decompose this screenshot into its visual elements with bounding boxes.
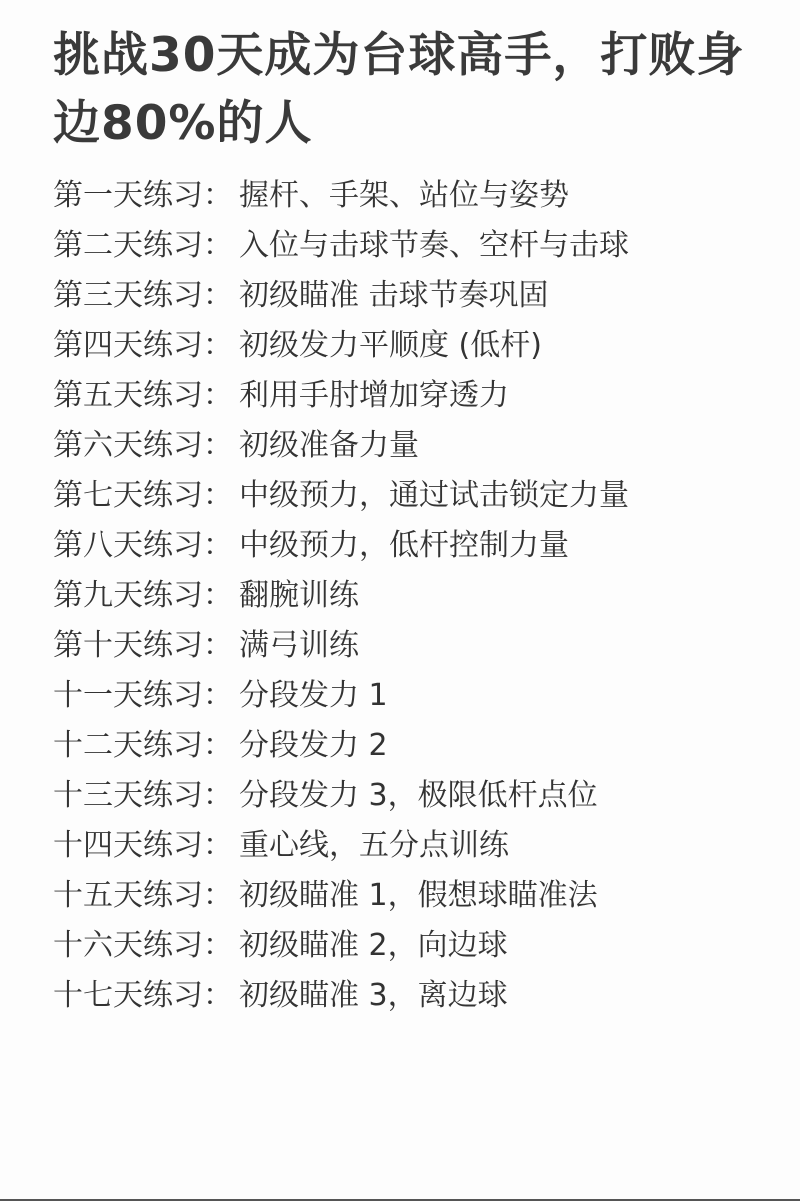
plan-item-day-13: 十三天练习：分段发力 3，极限低杆点位	[53, 771, 693, 821]
day-label: 十一天练习	[53, 678, 203, 713]
plan-item-day-8: 第八天练习：中级预力，低杆控制力量	[53, 521, 693, 571]
document-page: · · · · 挑战30天成为台球高手，打败身边80%的人 第一天练习：握杆、手…	[0, 0, 800, 1199]
day-content: 中级预力，通过试击锁定力量	[239, 478, 629, 513]
colon: ：	[203, 371, 239, 421]
day-label: 第一天练习	[53, 178, 203, 213]
colon: ：	[203, 271, 239, 321]
plan-item-day-9: 第九天练习：翻腕训练	[53, 571, 693, 621]
article-title: 挑战30天成为台球高手，打败身边80%的人	[53, 22, 753, 158]
day-content: 初级瞄准 1，假想球瞄准法	[239, 878, 598, 913]
day-content: 初级瞄准 3，离边球	[239, 978, 508, 1013]
colon: ：	[203, 171, 239, 221]
colon: ：	[203, 721, 239, 771]
day-content: 入位与击球节奏、空杆与击球	[239, 228, 629, 263]
day-content: 初级准备力量	[239, 428, 419, 463]
colon: ：	[203, 871, 239, 921]
colon: ：	[203, 521, 239, 571]
plan-item-day-14: 十四天练习：重心线，五分点训练	[53, 821, 693, 871]
colon: ：	[203, 471, 239, 521]
day-label: 十四天练习	[53, 828, 203, 863]
plan-item-day-10: 第十天练习：满弓训练	[53, 621, 693, 671]
colon: ：	[203, 771, 239, 821]
plan-item-day-6: 第六天练习：初级准备力量	[53, 421, 693, 471]
plan-item-day-7: 第七天练习：中级预力，通过试击锁定力量	[53, 471, 693, 521]
day-content: 利用手肘增加穿透力	[239, 378, 509, 413]
plan-item-day-16: 十六天练习：初级瞄准 2，向边球	[53, 921, 693, 971]
colon: ：	[203, 321, 239, 371]
day-label: 第六天练习	[53, 428, 203, 463]
day-content: 满弓训练	[239, 628, 359, 663]
day-label: 第四天练习	[53, 328, 203, 363]
plan-item-day-17: 十七天练习：初级瞄准 3，离边球	[53, 971, 693, 1021]
cropped-header-text: · · · ·	[330, 0, 470, 2]
day-label: 第三天练习	[53, 278, 203, 313]
plan-item-day-3: 第三天练习：初级瞄准 击球节奏巩固	[53, 271, 693, 321]
colon: ：	[203, 421, 239, 471]
day-label: 十七天练习	[53, 978, 203, 1013]
day-content: 初级发力平顺度 (低杆)	[239, 328, 542, 363]
plan-item-day-5: 第五天练习：利用手肘增加穿透力	[53, 371, 693, 421]
day-label: 第五天练习	[53, 378, 203, 413]
day-content: 分段发力 1	[239, 678, 388, 713]
training-plan-list: 第一天练习：握杆、手架、站位与姿势 第二天练习：入位与击球节奏、空杆与击球 第三…	[53, 171, 693, 1021]
colon: ：	[203, 671, 239, 721]
colon: ：	[203, 921, 239, 971]
colon: ：	[203, 621, 239, 671]
day-content: 初级瞄准 击球节奏巩固	[239, 278, 549, 313]
day-content: 分段发力 2	[239, 728, 388, 763]
plan-item-day-1: 第一天练习：握杆、手架、站位与姿势	[53, 171, 693, 221]
day-content: 中级预力，低杆控制力量	[239, 528, 569, 563]
colon: ：	[203, 821, 239, 871]
day-content: 握杆、手架、站位与姿势	[239, 178, 569, 213]
day-label: 第八天练习	[53, 528, 203, 563]
day-label: 十六天练习	[53, 928, 203, 963]
day-content: 翻腕训练	[239, 578, 359, 613]
colon: ：	[203, 571, 239, 621]
day-label: 十三天练习	[53, 778, 203, 813]
day-label: 十二天练习	[53, 728, 203, 763]
plan-item-day-15: 十五天练习：初级瞄准 1，假想球瞄准法	[53, 871, 693, 921]
plan-item-day-2: 第二天练习：入位与击球节奏、空杆与击球	[53, 221, 693, 271]
plan-item-day-4: 第四天练习：初级发力平顺度 (低杆)	[53, 321, 693, 371]
day-label: 第十天练习	[53, 628, 203, 663]
day-label: 第九天练习	[53, 578, 203, 613]
day-content: 分段发力 3，极限低杆点位	[239, 778, 598, 813]
day-content: 初级瞄准 2，向边球	[239, 928, 508, 963]
day-label: 第七天练习	[53, 478, 203, 513]
plan-item-day-11: 十一天练习：分段发力 1	[53, 671, 693, 721]
day-content: 重心线，五分点训练	[239, 828, 509, 863]
day-label: 第二天练习	[53, 228, 203, 263]
plan-item-day-12: 十二天练习：分段发力 2	[53, 721, 693, 771]
day-label: 十五天练习	[53, 878, 203, 913]
colon: ：	[203, 221, 239, 271]
colon: ：	[203, 971, 239, 1021]
